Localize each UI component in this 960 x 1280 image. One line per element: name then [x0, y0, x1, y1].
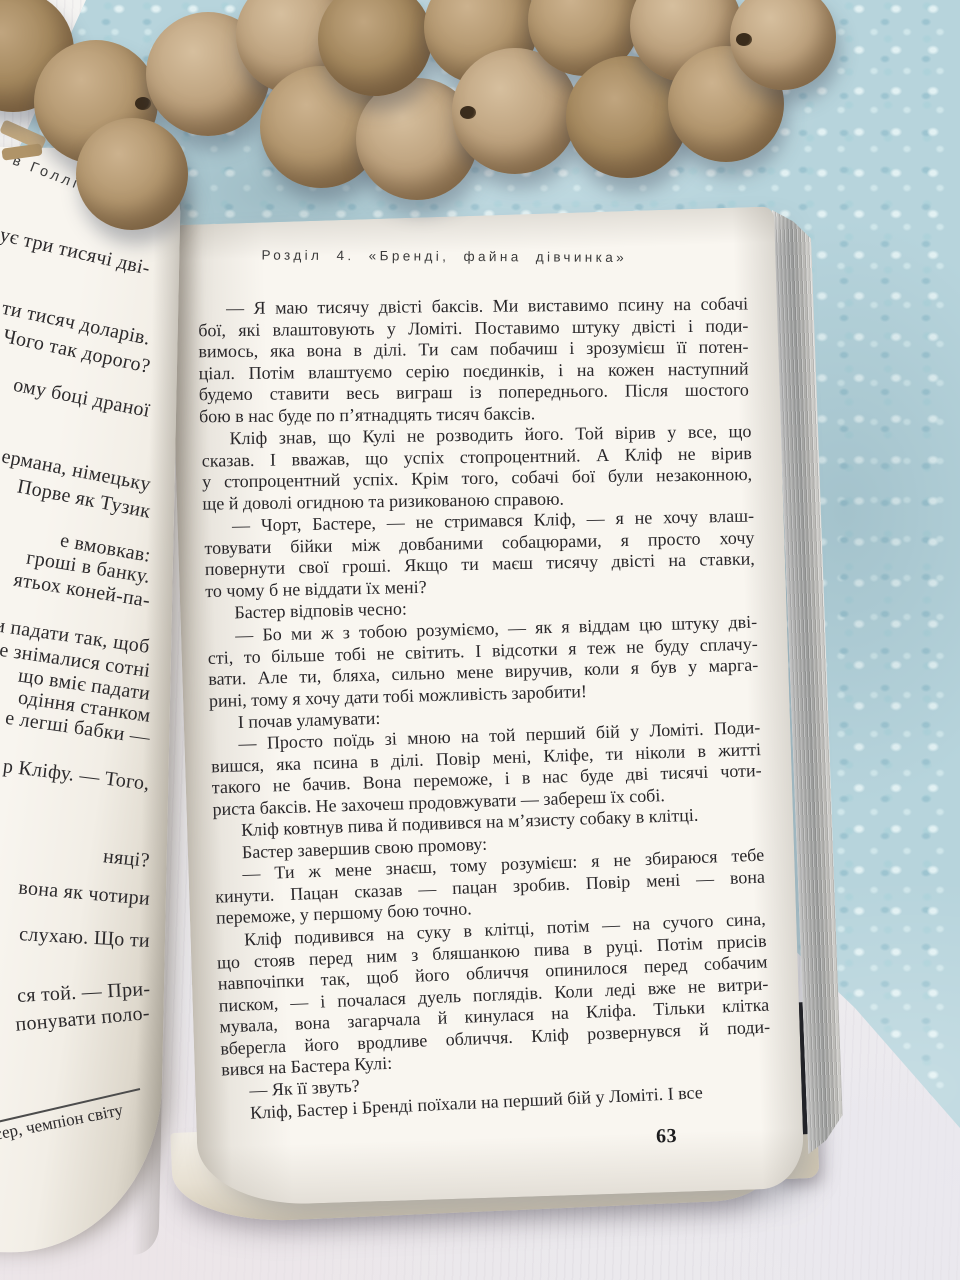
paragraph: Кліф знав, що Кулі не розводить його. То…	[201, 421, 752, 515]
left-page-line: р Кліфу. — Того,	[2, 755, 151, 796]
paragraph: Кліф подивився на суку в клітці, потім —…	[216, 908, 772, 1080]
paragraph: — Чорт, Бастере, — не стримався Кліф, — …	[204, 506, 756, 603]
paragraph: — Бо ми ж з тобою розуміємо, — як я відд…	[207, 611, 759, 711]
paragraph: — Я маю тисячу двісті баксів. Ми вистави…	[198, 293, 749, 427]
bead-hole	[460, 106, 476, 119]
right-page: Розділ 4. «Бренді, файна дівчинка» — Я м…	[168, 206, 805, 1207]
wooden-bead	[76, 118, 188, 230]
left-page-line: няці?	[103, 845, 152, 873]
wooden-bead-garland	[0, 0, 960, 260]
bead-hole	[135, 97, 151, 110]
left-page-line: понувати поло-	[15, 1002, 151, 1037]
twine-strand	[1, 143, 42, 160]
page-number: 63	[223, 1122, 773, 1162]
body-text: — Я маю тисячу двісті баксів. Ми вистави…	[197, 287, 772, 1121]
left-page-line: слухаю. Що ти	[19, 923, 151, 953]
book-photo-scene: Розділ 4. «Бренді, файна дівчинка» — Я м…	[0, 0, 960, 1280]
left-page-line: вона як чотири	[18, 877, 151, 911]
left-page-line: ому боці драної	[12, 374, 152, 423]
bead-hole	[736, 33, 752, 46]
